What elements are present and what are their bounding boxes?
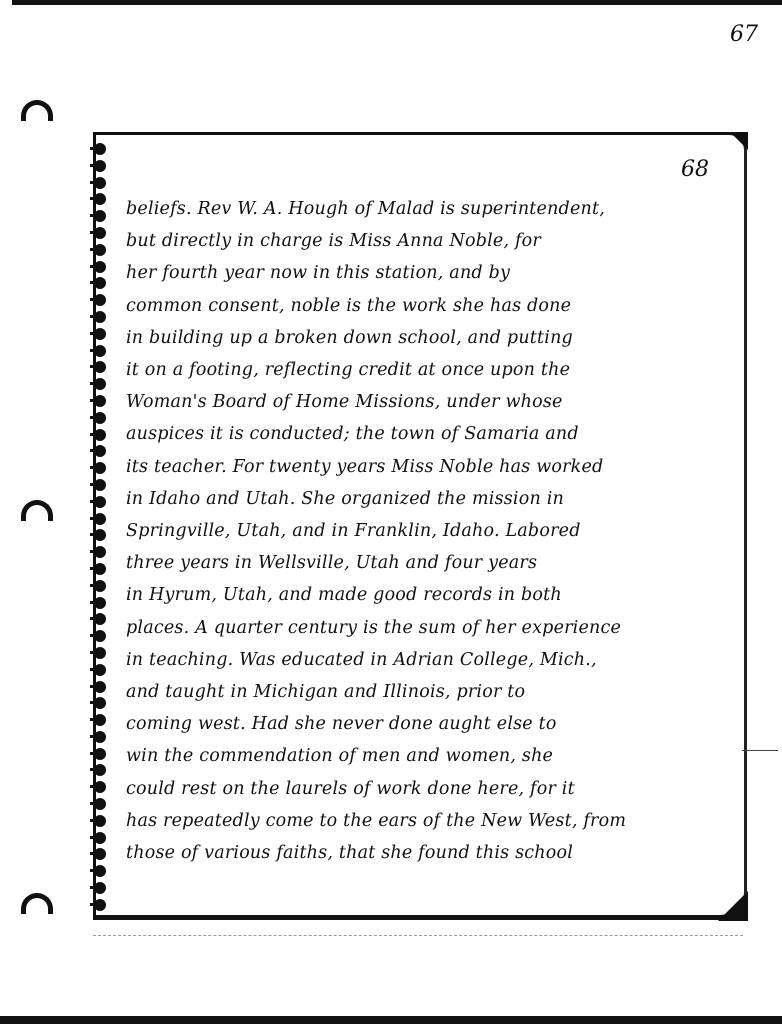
- spiral-coil: [94, 412, 106, 424]
- text-line: Woman's Board of Home Missions, under wh…: [126, 386, 736, 418]
- text-line: beliefs. Rev W. A. Hough of Malad is sup…: [126, 193, 736, 225]
- spiral-coil: [94, 697, 106, 709]
- spiral-coil: [94, 160, 106, 172]
- text-line: could rest on the laurels of work done h…: [126, 773, 736, 805]
- spiral-coil: [94, 261, 106, 273]
- spiral-coil: [94, 580, 106, 592]
- spiral-coil: [94, 714, 106, 726]
- spiral-coil: [94, 597, 106, 609]
- handwritten-text: beliefs. Rev W. A. Hough of Malad is sup…: [126, 193, 736, 869]
- spiral-coil: [94, 311, 106, 323]
- text-line: in building up a broken down school, and…: [126, 322, 736, 354]
- text-line: win the commendation of men and women, s…: [126, 740, 736, 772]
- text-line: common consent, noble is the work she ha…: [126, 290, 736, 322]
- text-line: places. A quarter century is the sum of …: [126, 612, 736, 644]
- spiral-coil: [94, 445, 106, 457]
- spiral-coil: [94, 496, 106, 508]
- text-line: it on a footing, reflecting credit at on…: [126, 354, 736, 386]
- corner-fold-top: [730, 132, 748, 150]
- spiral-coil: [94, 395, 106, 407]
- spiral-coil: [94, 882, 106, 894]
- spiral-coil: [94, 764, 106, 776]
- spiral-coil: [94, 277, 106, 289]
- text-line: has repeatedly come to the ears of the N…: [126, 805, 736, 837]
- spiral-coil: [94, 815, 106, 827]
- spiral-coil: [94, 798, 106, 810]
- text-line: Springville, Utah, and in Franklin, Idah…: [126, 515, 736, 547]
- spiral-coil: [94, 832, 106, 844]
- text-line: in Idaho and Utah. She organized the mis…: [126, 483, 736, 515]
- spiral-coil: [94, 529, 106, 541]
- spiral-coil: [94, 748, 106, 760]
- text-line: but directly in charge is Miss Anna Nobl…: [126, 225, 736, 257]
- text-line: its teacher. For twenty years Miss Noble…: [126, 451, 736, 483]
- spiral-coil: [94, 244, 106, 256]
- spiral-coil: [94, 345, 106, 357]
- spiral-binding: [94, 143, 112, 903]
- punch-hole-bottom: [21, 893, 53, 914]
- margin-mark: [742, 750, 778, 751]
- spiral-coil: [94, 513, 106, 525]
- scan-top-edge: [12, 0, 782, 5]
- text-line: in Hyrum, Utah, and made good records in…: [126, 579, 736, 611]
- spiral-coil: [94, 899, 106, 911]
- punch-hole-middle: [21, 500, 53, 521]
- spiral-coil: [94, 210, 106, 222]
- text-line: her fourth year now in this station, and…: [126, 257, 736, 289]
- text-line: auspices it is conducted; the town of Sa…: [126, 418, 736, 450]
- inner-page-number: 68: [681, 157, 709, 182]
- text-line: and taught in Michigan and Illinois, pri…: [126, 676, 736, 708]
- spiral-coil: [94, 546, 106, 558]
- punch-hole-top: [21, 100, 53, 121]
- spiral-coil: [94, 143, 106, 155]
- spiral-coil: [94, 328, 106, 340]
- text-line: three years in Wellsville, Utah and four…: [126, 547, 736, 579]
- spiral-coil: [94, 563, 106, 575]
- spiral-coil: [94, 177, 106, 189]
- spiral-coil: [94, 193, 106, 205]
- spiral-coil: [94, 613, 106, 625]
- text-line: those of various faiths, that she found …: [126, 837, 736, 869]
- spiral-coil: [94, 227, 106, 239]
- scan-bottom-edge: [0, 1016, 782, 1024]
- notebook-page: 68 beliefs. Rev W. A. Hough of Malad is …: [93, 132, 747, 920]
- text-line: in teaching. Was educated in Adrian Coll…: [126, 644, 736, 676]
- spiral-coil: [94, 681, 106, 693]
- spiral-coil: [94, 462, 106, 474]
- spiral-coil: [94, 429, 106, 441]
- spiral-coil: [94, 294, 106, 306]
- spiral-coil: [94, 731, 106, 743]
- under-page-rule: [93, 935, 743, 937]
- spiral-coil: [94, 781, 106, 793]
- spiral-coil: [94, 647, 106, 659]
- text-line: coming west. Had she never done aught el…: [126, 708, 736, 740]
- spiral-coil: [94, 664, 106, 676]
- spiral-coil: [94, 479, 106, 491]
- corner-fold-bottom: [718, 891, 748, 921]
- spiral-coil: [94, 848, 106, 860]
- spiral-coil: [94, 361, 106, 373]
- spiral-coil: [94, 865, 106, 877]
- outer-page-number: 67: [730, 22, 758, 47]
- spiral-coil: [94, 630, 106, 642]
- spiral-coil: [94, 378, 106, 390]
